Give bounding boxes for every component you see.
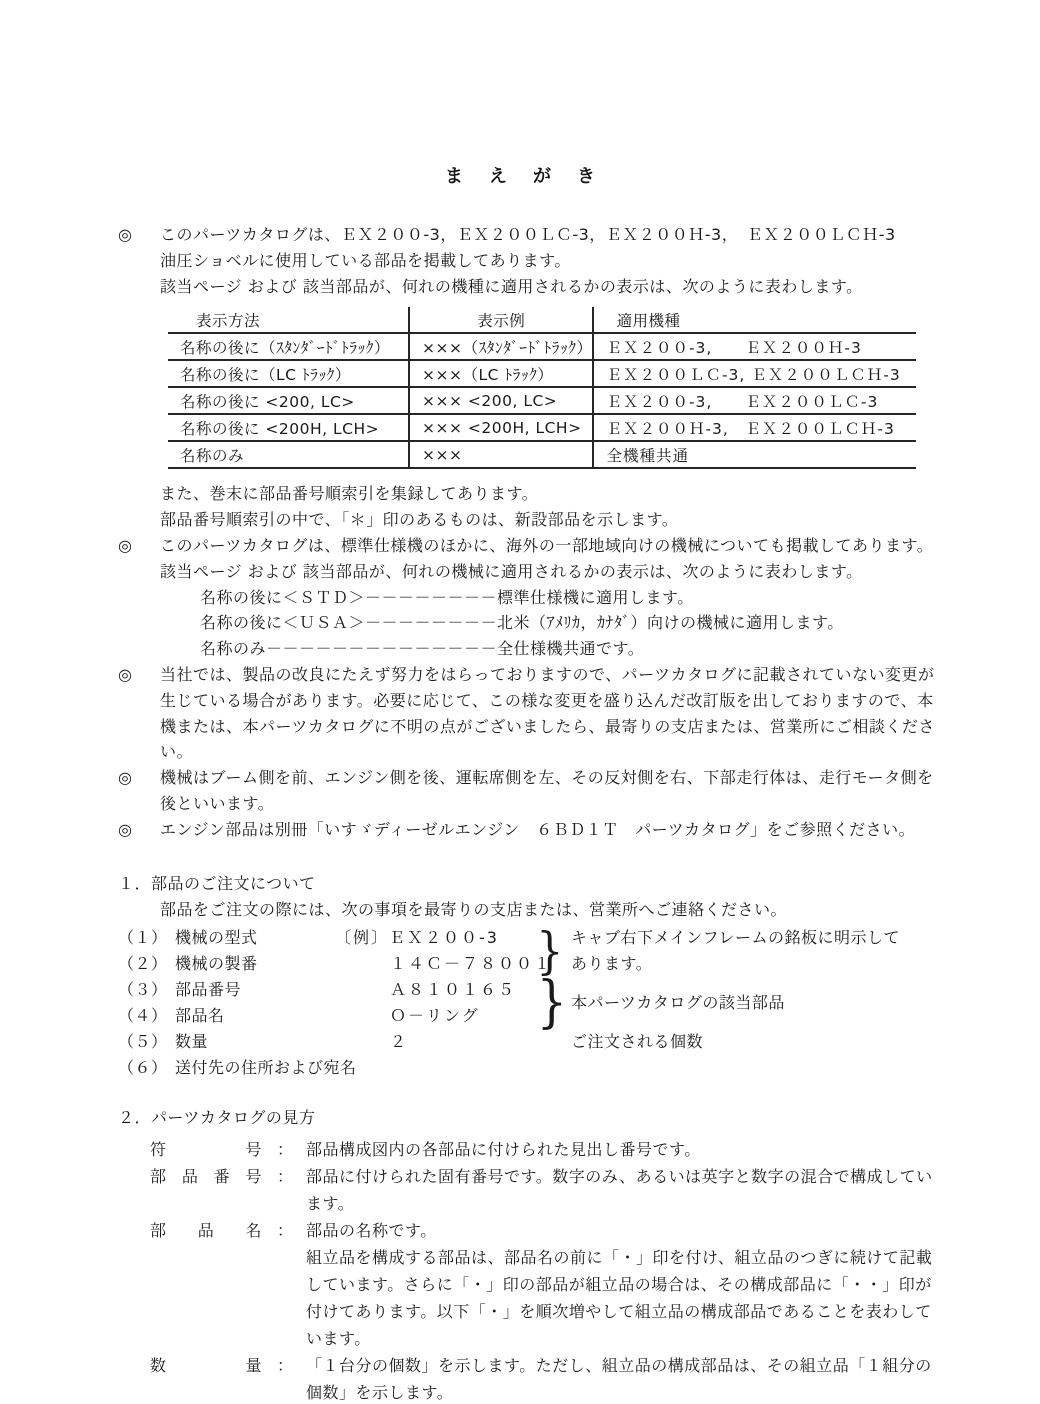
section1-heading: １．部品のご注文について bbox=[118, 871, 1040, 897]
table-row: 名称の後に <200H, LCH> ××× <200H, LCH> ＥＸ２００Ｈ… bbox=[168, 414, 916, 441]
item-label: 機械の製番 bbox=[175, 951, 335, 977]
note-catalog-part: 本パーツカタログの該当部品 bbox=[571, 990, 785, 1016]
definition-list: 符号 ： 部品構成図内の各部品に付けられた見出し番号です。 部品番号 ： 部品に… bbox=[150, 1136, 1040, 1404]
def-colon: ： bbox=[277, 1163, 293, 1190]
spec-usa-line: 名称の後に＜ＵＳＡ＞－－－－－－－－北米（ｱﾒﾘｶ，ｶﾅﾀﾞ）向けの機械に適用し… bbox=[200, 610, 1000, 636]
order-item: （６） 送付先の住所および宛名 bbox=[118, 1055, 1040, 1081]
def-description: 「１台分の個数」を示します。ただし、組立品の構成部品は、その組立品「１組分の bbox=[306, 1352, 932, 1379]
cell-example: ××× <200H, LCH> bbox=[409, 414, 593, 441]
item-label: 機械の型式 bbox=[175, 925, 335, 951]
spec-std-line: 名称の後に＜ＳＴＤ＞－－－－－－－－標準仕様機に適用します。 bbox=[200, 585, 1000, 611]
cell-method: 名称の後に <200, LC> bbox=[168, 387, 409, 414]
def-term: 符号 bbox=[150, 1136, 262, 1163]
bullet-engine-parts: ◎ エンジン部品は別冊「いすゞディーゼルエンジン ６ＢＤ１Ｔ パーツカタログ」を… bbox=[118, 817, 1000, 843]
def-description-cont: ます。 bbox=[306, 1190, 1040, 1217]
item-label: 部品番号 bbox=[175, 977, 335, 1003]
bullet-content: エンジン部品は別冊「いすゞディーゼルエンジン ６ＢＤ１Ｔ パーツカタログ」をご参… bbox=[160, 817, 1000, 843]
item-label: 送付先の住所および宛名 bbox=[175, 1055, 335, 1081]
item-number: （６） bbox=[118, 1055, 175, 1081]
def-description-cont: しています。さらに「・」印の部品が組立品の場合は、その構成部品に「・・」印が bbox=[306, 1271, 1040, 1298]
section-how-to-read: ２．パーツカタログの見方 符号 ： 部品構成図内の各部品に付けられた見出し番号で… bbox=[0, 1105, 1040, 1404]
def-description: 部品の名称です。 bbox=[306, 1217, 437, 1244]
item-number: （２） bbox=[118, 951, 175, 977]
cell-models: ＥＸ２００Ｈ-3, ＥＸ２００ＬＣＨ-3 bbox=[593, 414, 916, 441]
item-number: （４） bbox=[118, 1003, 175, 1029]
section1-intro: 部品をご注文の際には、次の事項を最寄りの支店または、営業所へご連絡ください。 bbox=[160, 897, 1040, 923]
item-label: 部品名 bbox=[175, 1003, 335, 1029]
table-row: 名称の後に（LC ﾄﾗｯｸ） ×××（LC ﾄﾗｯｸ） ＥＸ２００ＬＣ-3, Ｅ… bbox=[168, 360, 916, 387]
def-quantity: 数量 ： 「１台分の個数」を示します。ただし、組立品の構成部品は、その組立品「１… bbox=[150, 1352, 1040, 1379]
cell-method: 名称の後に（LC ﾄﾗｯｸ） bbox=[168, 360, 409, 387]
item-label: 数量 bbox=[175, 1029, 335, 1055]
text-line: 該当ページ および 該当部品が、何れの機械に適用されるかの表示は、次のように表わ… bbox=[160, 559, 1000, 585]
col-header-display-method: 表示方法 bbox=[168, 307, 409, 333]
table-row: 名称の後に <200, LC> ××× <200, LC> ＥＸ２００-3, Ｅ… bbox=[168, 387, 916, 414]
note-quantity: ご注文される個数 bbox=[571, 1029, 703, 1055]
item-value: １４Ｃ－７８００１ bbox=[335, 951, 552, 977]
text-line: 油圧ショベルに使用している部品を掲載してあります。 bbox=[160, 248, 1000, 274]
item-value: Ｏ－リング bbox=[335, 1003, 480, 1029]
def-part-number: 部品番号 ： 部品に付けられた固有番号です。数字のみ、あるいは英字と数字の混合で… bbox=[150, 1163, 1040, 1190]
bullet-content: 機械はブーム側を前、エンジン側を後、運転席側を左、その反対側を右、下部走行体は、… bbox=[160, 765, 1000, 817]
cell-method: 名称のみ bbox=[168, 441, 409, 468]
text-line: 生じている場合があります。必要に応じて、この様な変更を盛り込んだ改訂版を出してお… bbox=[160, 688, 1000, 714]
cell-example: ×××（ｽﾀﾝﾀﾞｰﾄﾞﾄﾗｯｸ） bbox=[409, 333, 593, 360]
cell-models: 全機種共通 bbox=[593, 441, 916, 468]
item-value: 〔例〕ＥＸ２００-3 bbox=[335, 925, 499, 951]
bullet-content: 当社では、製品の改良にたえず努力をはらっておりますので、パーツカタログに記載され… bbox=[160, 662, 1000, 765]
def-description-cont: います。 bbox=[306, 1325, 1040, 1352]
table-header-row: 表示方法 表示例 適用機種 bbox=[168, 307, 916, 333]
def-symbol: 符号 ： 部品構成図内の各部品に付けられた見出し番号です。 bbox=[150, 1136, 1040, 1163]
page-title: まえがき bbox=[0, 0, 1040, 188]
text-line: エンジン部品は別冊「いすゞディーゼルエンジン ６ＢＤ１Ｔ パーツカタログ」をご参… bbox=[160, 817, 1000, 843]
index-note-line: 部品番号順索引の中で、「＊」印のあるものは、新設部品を示します。 bbox=[160, 507, 1000, 533]
cell-models: ＥＸ２００-3, ＥＸ２００ＬＣ-3 bbox=[593, 387, 916, 414]
bullet-overseas-spec: ◎ このパーツカタログは、標準仕様機のほかに、海外の一部地域向けの機械についても… bbox=[118, 533, 1000, 662]
def-description-cont: 組立品を構成する部品は、部品名の前に「・」印を付け、組立品のつぎに続けて記載 bbox=[306, 1244, 1040, 1271]
text-line: このパーツカタログは、ＥＸ２００-3，ＥＸ２００ＬＣ-3，ＥＸ２００Ｈ-3， Ｅ… bbox=[160, 222, 1000, 248]
def-description: 部品構成図内の各部品に付けられた見出し番号です。 bbox=[306, 1136, 701, 1163]
text-line: このパーツカタログは、標準仕様機のほかに、海外の一部地域向けの機械についても掲載… bbox=[160, 533, 1000, 559]
def-colon: ： bbox=[277, 1217, 293, 1244]
preface-page: まえがき ◎ このパーツカタログは、ＥＸ２００-3，ＥＸ２００ＬＣ-3，ＥＸ２０… bbox=[0, 0, 1040, 1404]
spec-common-line: 名称のみ－－－－－－－－－－－－－－全仕様機共通です。 bbox=[200, 636, 1000, 662]
bullet-icon: ◎ bbox=[118, 765, 160, 817]
bullet-content: このパーツカタログは、ＥＸ２００-3，ＥＸ２００ＬＣ-3，ＥＸ２００Ｈ-3， Ｅ… bbox=[160, 222, 1000, 533]
text-line: 機械はブーム側を前、エンジン側を後、運転席側を左、その反対側を右、下部走行体は、… bbox=[160, 765, 1000, 791]
grouping-brace-catalog-part: } bbox=[537, 975, 568, 1031]
cell-models: ＥＸ２００ＬＣ-3, ＥＸ２００ＬＣＨ-3 bbox=[593, 360, 916, 387]
def-description-cont: 付けてあります。以下「・」を順次増やして組立品の構成部品であることを表わして bbox=[306, 1298, 1040, 1325]
bullet-icon: ◎ bbox=[118, 222, 160, 533]
section2-heading: ２．パーツカタログの見方 bbox=[118, 1105, 1040, 1131]
table-row: 名称の後に（ｽﾀﾝﾀﾞｰﾄﾞﾄﾗｯｸ） ×××（ｽﾀﾝﾀﾞｰﾄﾞﾄﾗｯｸ） ＥＸ… bbox=[168, 333, 916, 360]
model-applicability-table: 表示方法 表示例 適用機種 名称の後に（ｽﾀﾝﾀﾞｰﾄﾞﾄﾗｯｸ） ×××（ｽﾀ… bbox=[168, 307, 916, 469]
order-item-list: （１） 機械の型式 〔例〕ＥＸ２００-3 （２） 機械の製番 １４Ｃ－７８００１… bbox=[118, 925, 1040, 1081]
item-number: （５） bbox=[118, 1029, 175, 1055]
bullet-revisions: ◎ 当社では、製品の改良にたえず努力をはらっておりますので、パーツカタログに記載… bbox=[118, 662, 1000, 765]
bullet-icon: ◎ bbox=[118, 817, 160, 843]
note-nameplate: キャブ右下メインフレームの銘板に明示して bbox=[571, 925, 900, 951]
grouping-brace-nameplate: } bbox=[536, 926, 563, 976]
col-header-display-example: 表示例 bbox=[409, 307, 593, 333]
cell-models: ＥＸ２００-3, ＥＸ２００Ｈ-3 bbox=[593, 333, 916, 360]
item-number: （１） bbox=[118, 925, 175, 951]
table-row: 名称のみ ××× 全機種共通 bbox=[168, 441, 916, 468]
section-ordering-parts: １．部品のご注文について 部品をご注文の際には、次の事項を最寄りの支店または、営… bbox=[0, 871, 1040, 1081]
cell-example: ××× <200, LC> bbox=[409, 387, 593, 414]
text-line: 後といいます。 bbox=[160, 791, 1000, 817]
def-description: 部品に付けられた固有番号です。数字のみ、あるいは英字と数字の混合で構成してい bbox=[306, 1163, 933, 1190]
cell-example: ×××（LC ﾄﾗｯｸ） bbox=[409, 360, 593, 387]
bullet-content: このパーツカタログは、標準仕様機のほかに、海外の一部地域向けの機械についても掲載… bbox=[160, 533, 1000, 662]
def-term: 数量 bbox=[150, 1352, 262, 1379]
def-term: 部品名 bbox=[150, 1217, 262, 1244]
text-line: 該当ページ および 該当部品が、何れの機種に適用されるかの表示は、次のように表わ… bbox=[160, 274, 1000, 300]
cell-method: 名称の後に <200H, LCH> bbox=[168, 414, 409, 441]
bullet-icon: ◎ bbox=[118, 533, 160, 662]
text-line: い。 bbox=[160, 739, 1000, 765]
bullet-icon: ◎ bbox=[118, 662, 160, 765]
cell-method: 名称の後に（ｽﾀﾝﾀﾞｰﾄﾞﾄﾗｯｸ） bbox=[168, 333, 409, 360]
index-note-line: また、巻末に部品番号順索引を集録してあります。 bbox=[160, 481, 1000, 507]
item-value: Ａ８１０１６５ bbox=[335, 977, 516, 1003]
text-line: 当社では、製品の改良にたえず努力をはらっておりますので、パーツカタログに記載され… bbox=[160, 662, 1000, 688]
text-line: 機または、本パーツカタログに不明の点がございましたら、最寄りの支店または、営業所… bbox=[160, 714, 1000, 740]
bullet-covered-models: ◎ このパーツカタログは、ＥＸ２００-3，ＥＸ２００ＬＣ-3，ＥＸ２００Ｈ-3，… bbox=[118, 222, 1000, 533]
note-nameplate: あります。 bbox=[571, 951, 652, 977]
def-colon: ： bbox=[277, 1136, 293, 1163]
col-header-applicable-models: 適用機種 bbox=[593, 307, 916, 333]
bullet-orientation: ◎ 機械はブーム側を前、エンジン側を後、運転席側を左、その反対側を右、下部走行体… bbox=[118, 765, 1000, 817]
def-part-name: 部品名 ： 部品の名称です。 bbox=[150, 1217, 1040, 1244]
def-term: 部品番号 bbox=[150, 1163, 262, 1190]
item-number: （３） bbox=[118, 977, 175, 1003]
preface-bullet-list: ◎ このパーツカタログは、ＥＸ２００-3，ＥＸ２００ＬＣ-3，ＥＸ２００Ｈ-3，… bbox=[118, 222, 1000, 843]
cell-example: ××× bbox=[409, 441, 593, 468]
def-description-cont: 個数」を示します。 bbox=[306, 1379, 1040, 1404]
item-value: ２ bbox=[335, 1029, 408, 1055]
def-colon: ： bbox=[277, 1352, 293, 1379]
